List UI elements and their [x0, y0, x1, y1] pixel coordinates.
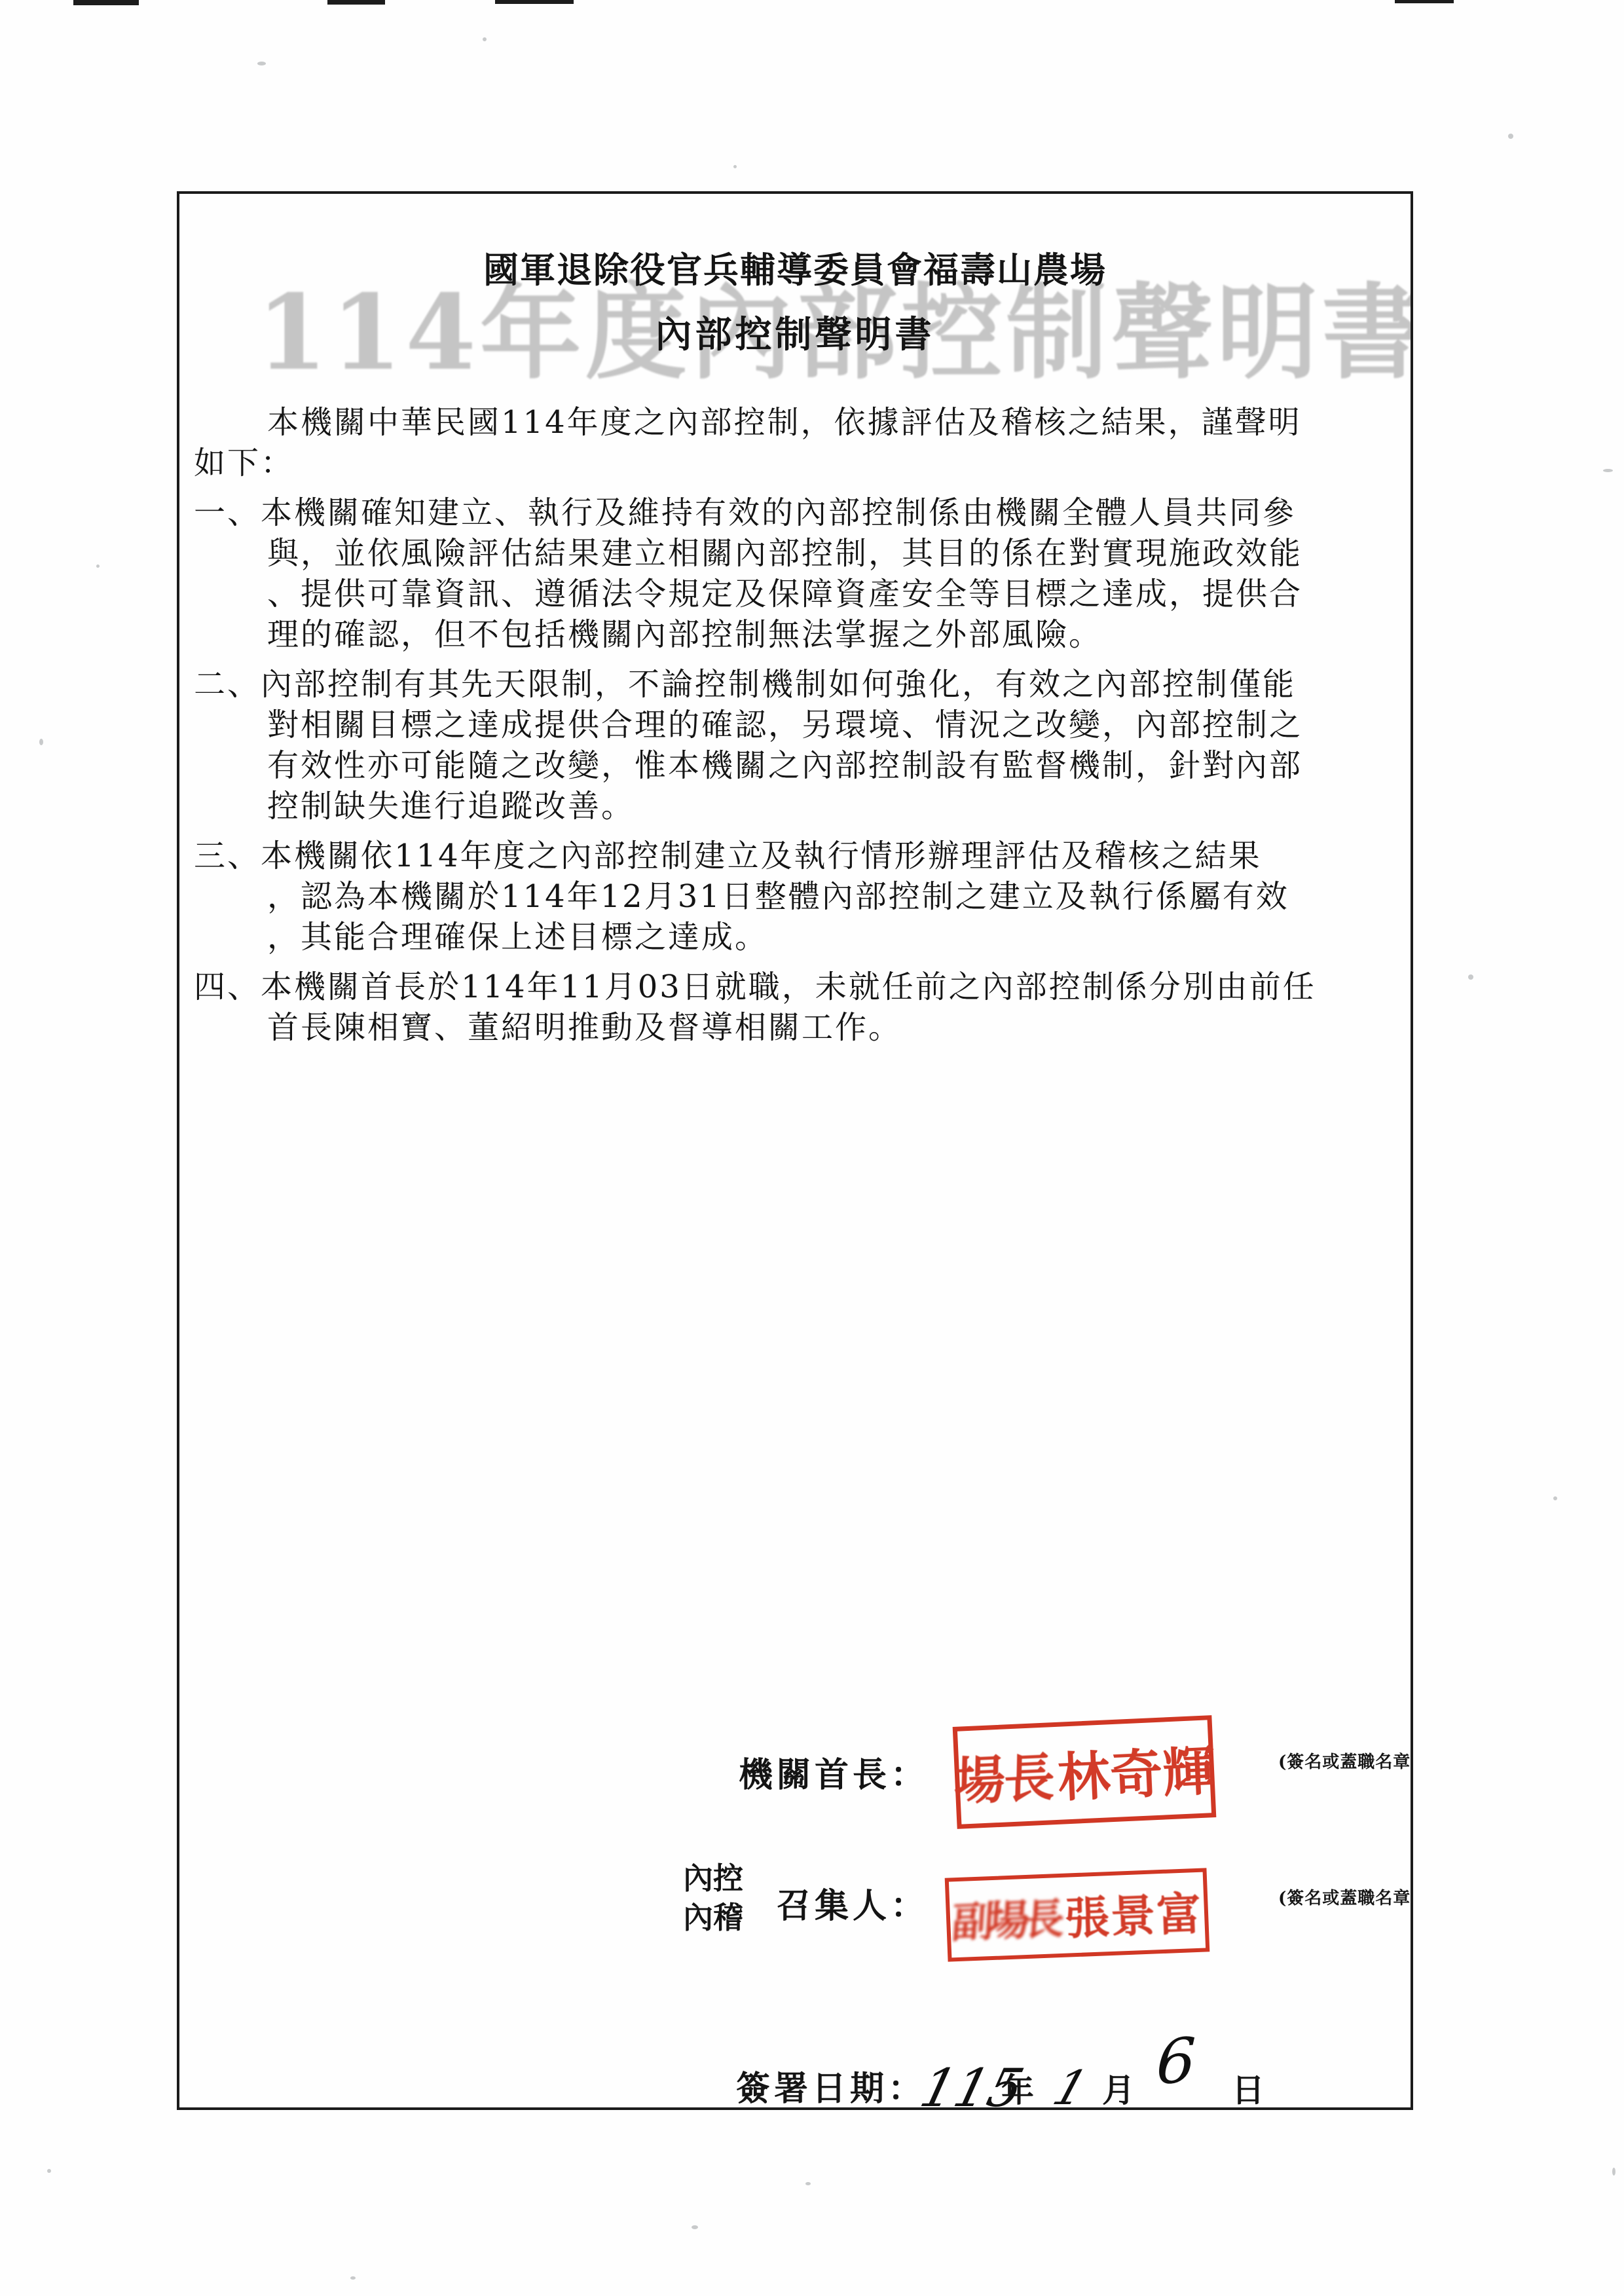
agency-head-label: 機關首長：	[739, 1747, 929, 1796]
sign-date-month-handwritten: 1	[1046, 2060, 1094, 2110]
body-line: 理的確認，但不包括機關內部控制無法掌握之外部風險。	[194, 614, 1401, 655]
body-line: 首長陳相寶、董紹明推動及督導相關工作。	[194, 1007, 1401, 1048]
declaration-body: 本機關中華民國114年度之內部控制，依據評估及稽核之結果，謹聲明 如下： 一、本…	[194, 402, 1401, 1048]
scan-speck	[483, 37, 487, 41]
document-title: 內部控制聲明書	[179, 306, 1411, 358]
convener-label-bottom: 內稽	[683, 1898, 743, 1937]
scan-speck	[692, 2225, 698, 2229]
body-line: 控制缺失進行追蹤改善。	[194, 786, 1401, 826]
stamp-name-text: 林奇輝	[1056, 1729, 1216, 1811]
sign-date-day-unit: 日	[1232, 2064, 1264, 2110]
body-line: ，認為本機關於114年12月31日整體內部控制之建立及執行係屬有效	[194, 876, 1401, 917]
signature-note: (簽名或蓋職名章)	[1278, 1749, 1413, 1773]
document-border-frame: 114年度內部控制聲明書 國軍退除役官兵輔導委員會福壽山農場 內部控制聲明書 本…	[177, 191, 1413, 2110]
body-line: 對相關目標之達成提供合理的確認，另環境、情況之改變，內部控制之	[194, 705, 1401, 745]
body-line: ，其能合理確保上述目標之達成。	[194, 917, 1401, 957]
convener-label: 召集人：	[777, 1878, 929, 1927]
scan-speck	[1603, 469, 1613, 472]
scan-speck	[1508, 134, 1513, 139]
scan-edge-artifact	[1395, 0, 1454, 3]
scanned-page: { "document": { "org_title": "國軍退除役官兵輔導委…	[0, 0, 1624, 2296]
body-line: 、提供可靠資訊、遵循法令規定及保障資產安全等目標之達成，提供合	[194, 574, 1401, 614]
body-line-item-2: 二、內部控制有其先天限制，不論控制機制如何強化，有效之內部控制僅能	[194, 664, 1401, 705]
scan-edge-artifact	[495, 0, 574, 4]
organization-title: 國軍退除役官兵輔導委員會福壽山農場	[179, 242, 1411, 293]
scan-speck	[39, 739, 43, 745]
scan-speck	[257, 62, 266, 65]
scan-speck	[47, 2169, 51, 2173]
stamp-role-text: 場長	[953, 1737, 1055, 1815]
scan-speck	[1468, 974, 1473, 980]
title-block: 國軍退除役官兵輔導委員會福壽山農場 內部控制聲明書	[179, 242, 1411, 358]
sign-date-label: 簽署日期：	[736, 2061, 926, 2110]
signature-note: (簽名或蓋職名章)	[1278, 1885, 1413, 1909]
scan-speck	[1612, 2168, 1615, 2176]
convener-label-top: 內控	[683, 1859, 743, 1898]
sign-date-year-unit: 年	[1001, 2064, 1034, 2110]
body-line: 如下：	[194, 443, 1401, 483]
scan-speck	[350, 2276, 356, 2280]
body-line-item-4: 四、本機關首長於114年11月03日就職，未就任前之內部控制係分別由前任	[194, 967, 1401, 1007]
sign-date-month-unit: 月	[1102, 2064, 1135, 2110]
agency-head-stamp: 場長 林奇輝	[953, 1715, 1217, 1829]
body-line: 與，並依風險評估結果建立相關內部控制，其目的係在對實現施政效能	[194, 533, 1401, 574]
scan-speck	[805, 2182, 811, 2185]
convener-label-stack: 內控 內稽	[683, 1859, 743, 1937]
scan-speck	[1553, 1496, 1557, 1500]
scan-edge-artifact	[73, 0, 139, 5]
stamp-role-text: 副場長	[950, 1885, 1060, 1950]
body-line-item-3: 三、本機關依114年度之內部控制建立及執行情形辦理評估及稽核之結果	[194, 836, 1401, 876]
body-line: 有效性亦可能隨之改變，惟本機關之內部控制設有監督機制，針對內部	[194, 745, 1401, 786]
stamp-name-text: 張景富	[1063, 1878, 1204, 1947]
body-line: 本機關中華民國114年度之內部控制，依據評估及稽核之結果，謹聲明	[194, 402, 1401, 443]
sign-date-day-handwritten: 6	[1155, 2025, 1197, 2099]
scan-speck	[733, 165, 737, 168]
scan-speck	[96, 565, 100, 568]
convener-stamp: 副場長 張景富	[945, 1868, 1210, 1961]
body-line-item-1: 一、本機關確知建立、執行及維持有效的內部控制係由機關全體人員共同參	[194, 492, 1401, 533]
scan-edge-artifact	[327, 0, 385, 5]
